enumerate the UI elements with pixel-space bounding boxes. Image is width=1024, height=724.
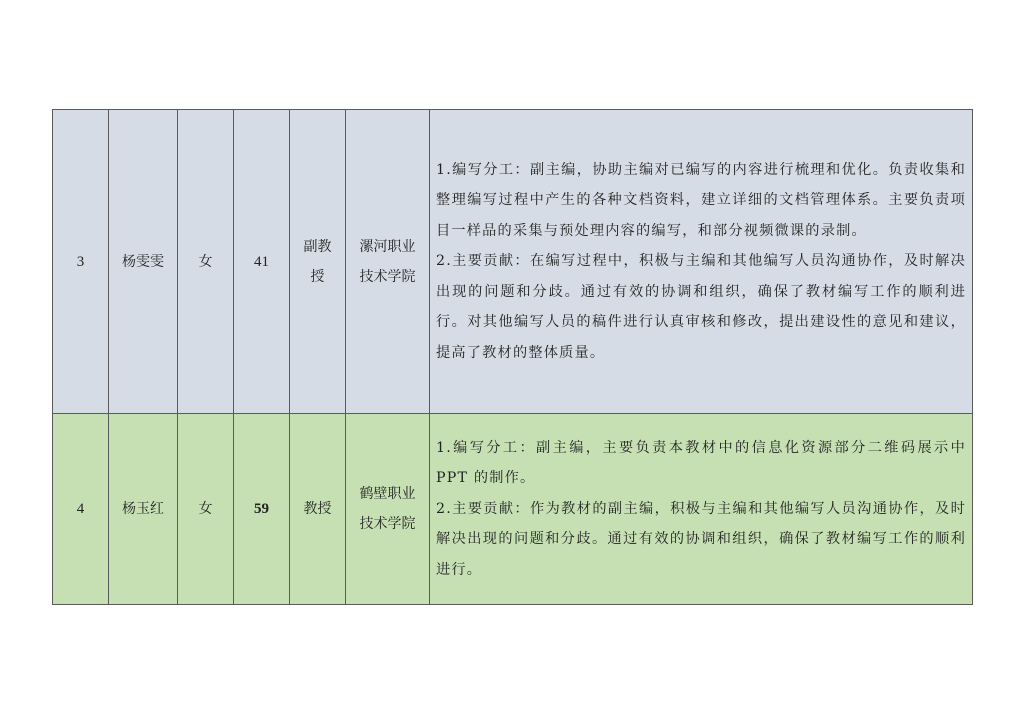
member-title-line: 副教 [290, 232, 345, 262]
member-name: 杨玉红 [109, 414, 178, 605]
member-institution: 鹤壁职业 技术学院 [346, 414, 430, 605]
member-institution-line: 漯河职业 [346, 232, 429, 262]
row-index: 4 [53, 414, 109, 605]
contributors-table: 3 杨雯雯 女 41 副教 授 漯河职业 技术学院 1.编写分工：副主编，协助主… [52, 109, 973, 605]
member-title: 教授 [290, 414, 346, 605]
member-gender: 女 [178, 110, 234, 414]
row-index: 3 [53, 110, 109, 414]
description-paragraph: 2.主要贡献：在编写过程中，积极与主编和其他编写人员沟通协作，及时解决出现的问题… [436, 246, 966, 368]
description-paragraph: 2.主要贡献：作为教材的副主编，积极与主编和其他编写人员沟通协作，及时解决出现的… [436, 494, 966, 585]
description-paragraph: 1.编写分工：副主编，协助主编对已编写的内容进行梳理和优化。负责收集和整理编写过… [436, 155, 966, 246]
member-age: 41 [234, 110, 290, 414]
member-description: 1.编写分工：副主编，主要负责本教材中的信息化资源部分二维码展示中 PPT 的制… [430, 414, 973, 605]
description-paragraph: 1.编写分工：副主编，主要负责本教材中的信息化资源部分二维码展示中 PPT 的制… [436, 433, 966, 494]
member-institution: 漯河职业 技术学院 [346, 110, 430, 414]
table-row: 4 杨玉红 女 59 教授 鹤壁职业 技术学院 1.编写分工：副主编，主要负责本… [53, 414, 973, 605]
member-name: 杨雯雯 [109, 110, 178, 414]
member-title-line: 教授 [290, 494, 345, 524]
member-gender: 女 [178, 414, 234, 605]
member-institution-line: 技术学院 [346, 262, 429, 292]
member-institution-line: 技术学院 [346, 509, 429, 539]
member-institution-line: 鹤壁职业 [346, 479, 429, 509]
member-title-line: 授 [290, 262, 345, 292]
member-age: 59 [234, 414, 290, 605]
member-title: 副教 授 [290, 110, 346, 414]
member-description: 1.编写分工：副主编，协助主编对已编写的内容进行梳理和优化。负责收集和整理编写过… [430, 110, 973, 414]
table-row: 3 杨雯雯 女 41 副教 授 漯河职业 技术学院 1.编写分工：副主编，协助主… [53, 110, 973, 414]
